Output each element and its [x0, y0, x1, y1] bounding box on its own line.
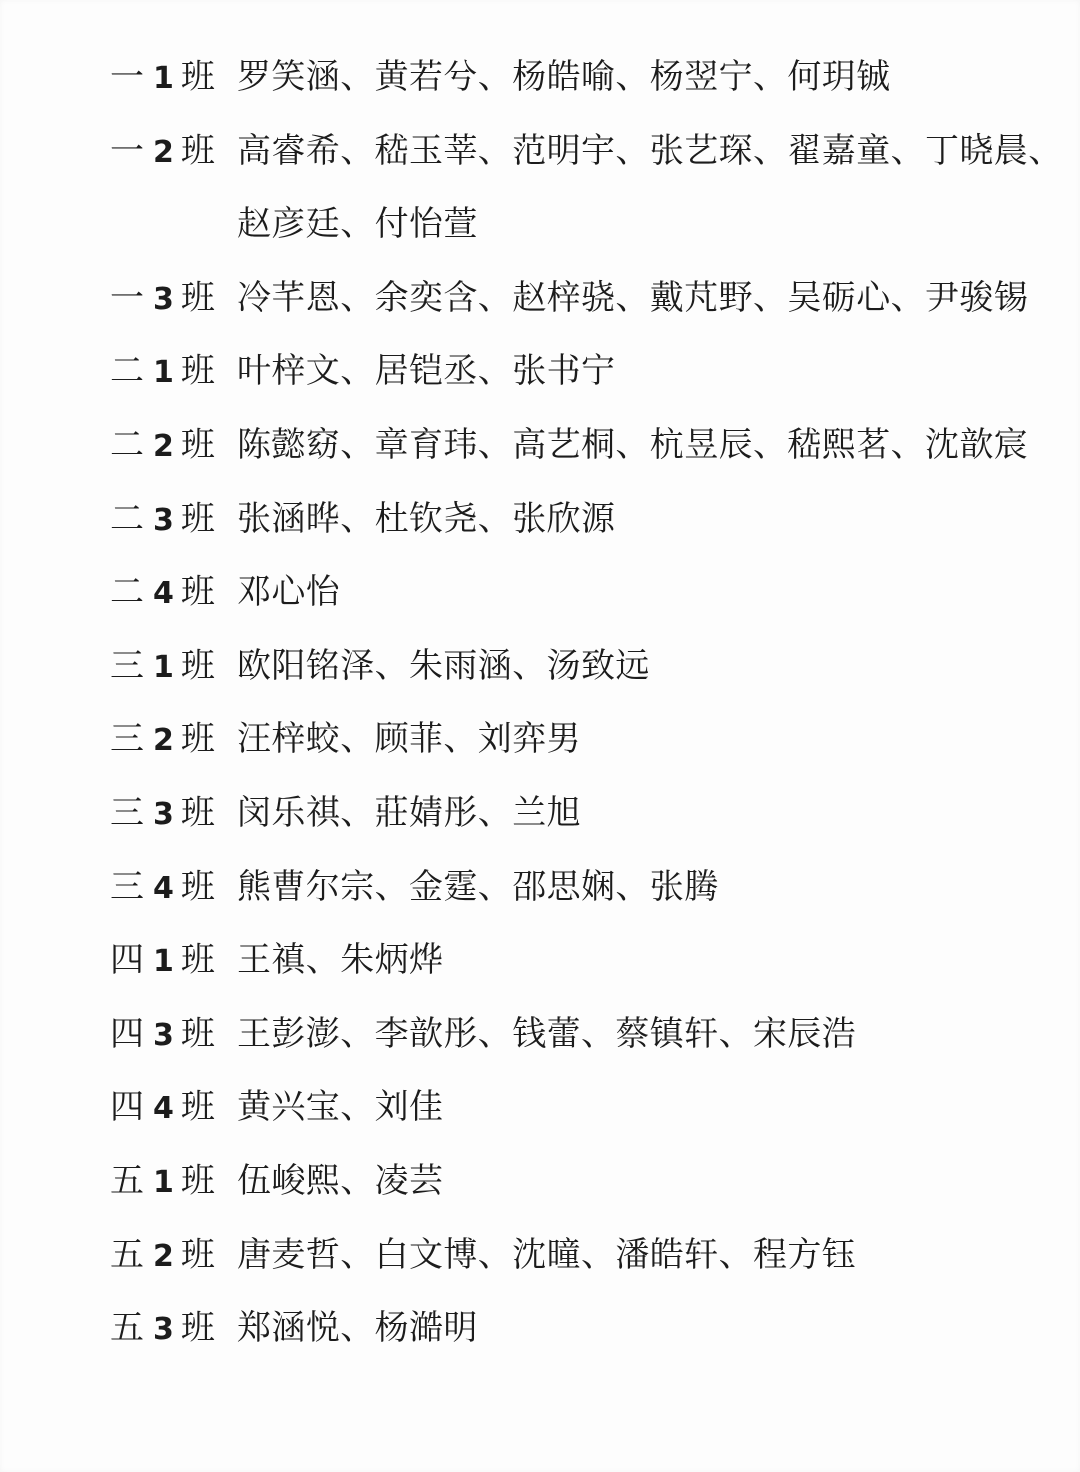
- class-suffix: 班: [181, 59, 215, 96]
- student-names-line: 欧阳铭泽、朱雨涵、汤致远: [237, 630, 1030, 704]
- student-names: 伍峻熙、凌芸: [237, 1145, 1030, 1219]
- class-suffix: 班: [181, 133, 215, 170]
- student-names: 王禛、朱炳烨: [237, 924, 1030, 998]
- roster-row: 一1班罗笑涵、黄若兮、杨皓喻、杨翌宁、何玥铖: [110, 41, 1030, 115]
- grade-numeral: 四: [110, 942, 144, 979]
- grade-numeral: 五: [110, 1237, 144, 1274]
- student-names-line: 高睿希、嵇玉莘、范明宇、张艺琛、翟嘉童、丁晓晨、: [237, 115, 1063, 189]
- student-names-line: 郑涵悦、杨澔明: [237, 1292, 1030, 1366]
- class-label: 五1班: [110, 1145, 237, 1219]
- class-label: 一1班: [110, 41, 237, 115]
- student-names: 高睿希、嵇玉莘、范明宇、张艺琛、翟嘉童、丁晓晨、赵彦廷、付怡萱: [237, 115, 1063, 262]
- class-suffix: 班: [181, 721, 215, 758]
- student-names-line: 闵乐祺、莊婧彤、兰旭: [237, 777, 1030, 851]
- grade-numeral: 三: [110, 721, 144, 758]
- class-number: 1: [144, 925, 181, 999]
- class-label: 三4班: [110, 851, 237, 925]
- student-names-line: 陈懿窈、章育玮、高艺桐、杭昱辰、嵇熙茗、沈歆宸: [237, 409, 1030, 483]
- student-names: 闵乐祺、莊婧彤、兰旭: [237, 777, 1030, 851]
- student-names-line: 王禛、朱炳烨: [237, 924, 1030, 998]
- roster-row: 二1班叶梓文、居铠丞、张书宁: [110, 335, 1030, 409]
- class-number: 2: [144, 410, 181, 484]
- student-names: 冷芊恩、余奕含、赵梓骁、戴芃野、吴砺心、尹骏锡: [237, 262, 1030, 336]
- class-suffix: 班: [181, 427, 215, 464]
- class-label: 二1班: [110, 335, 237, 409]
- grade-numeral: 一: [110, 133, 144, 170]
- roster-row: 二2班陈懿窈、章育玮、高艺桐、杭昱辰、嵇熙茗、沈歆宸: [110, 409, 1030, 483]
- student-names-line: 伍峻熙、凌芸: [237, 1145, 1030, 1219]
- student-names: 罗笑涵、黄若兮、杨皓喻、杨翌宁、何玥铖: [237, 41, 1030, 115]
- grade-numeral: 五: [110, 1310, 144, 1347]
- roster-row: 四1班王禛、朱炳烨: [110, 924, 1030, 998]
- class-label: 四3班: [110, 998, 237, 1072]
- roster-row: 一3班冷芊恩、余奕含、赵梓骁、戴芃野、吴砺心、尹骏锡: [110, 262, 1030, 336]
- grade-numeral: 四: [110, 1089, 144, 1126]
- grade-numeral: 二: [110, 501, 144, 538]
- student-names: 王彭澎、李歆彤、钱蕾、蔡镇轩、宋辰浩: [237, 998, 1030, 1072]
- class-number: 2: [144, 1220, 181, 1294]
- grade-numeral: 三: [110, 648, 144, 685]
- class-number: 1: [144, 42, 181, 116]
- class-label: 四1班: [110, 924, 237, 998]
- class-label: 五2班: [110, 1219, 237, 1293]
- student-names: 欧阳铭泽、朱雨涵、汤致远: [237, 630, 1030, 704]
- class-suffix: 班: [181, 280, 215, 317]
- class-suffix: 班: [181, 648, 215, 685]
- class-label: 二4班: [110, 556, 237, 630]
- class-suffix: 班: [181, 1237, 215, 1274]
- grade-numeral: 二: [110, 353, 144, 390]
- class-number: 3: [144, 484, 181, 558]
- roster-row: 五2班唐麦哲、白文博、沈曈、潘皓轩、程方钰: [110, 1219, 1030, 1293]
- class-suffix: 班: [181, 1310, 215, 1347]
- class-suffix: 班: [181, 353, 215, 390]
- roster-row: 一2班高睿希、嵇玉莘、范明宇、张艺琛、翟嘉童、丁晓晨、赵彦廷、付怡萱: [110, 115, 1030, 262]
- grade-numeral: 二: [110, 574, 144, 611]
- student-names-line: 黄兴宝、刘佳: [237, 1071, 1030, 1145]
- roster-row: 三2班汪梓蛟、顾菲、刘弈男: [110, 703, 1030, 777]
- roster-row: 三3班闵乐祺、莊婧彤、兰旭: [110, 777, 1030, 851]
- class-label: 二3班: [110, 483, 237, 557]
- class-number: 3: [144, 1293, 181, 1367]
- student-names-line: 邓心怡: [237, 556, 1030, 630]
- class-label: 三2班: [110, 703, 237, 777]
- class-label: 四4班: [110, 1071, 237, 1145]
- student-names-line: 罗笑涵、黄若兮、杨皓喻、杨翌宁、何玥铖: [237, 41, 1030, 115]
- class-suffix: 班: [181, 1089, 215, 1126]
- student-names-line: 汪梓蛟、顾菲、刘弈男: [237, 703, 1030, 777]
- student-names: 叶梓文、居铠丞、张书宁: [237, 335, 1030, 409]
- student-names: 陈懿窈、章育玮、高艺桐、杭昱辰、嵇熙茗、沈歆宸: [237, 409, 1030, 483]
- class-number: 1: [144, 1146, 181, 1220]
- roster-row: 三4班熊曹尔宗、金霆、邵思娴、张腾: [110, 851, 1030, 925]
- class-suffix: 班: [181, 942, 215, 979]
- class-label: 三3班: [110, 777, 237, 851]
- class-number: 4: [144, 852, 181, 926]
- grade-numeral: 四: [110, 1016, 144, 1053]
- class-suffix: 班: [181, 869, 215, 906]
- class-number: 2: [144, 704, 181, 778]
- student-names-line: 唐麦哲、白文博、沈曈、潘皓轩、程方钰: [237, 1219, 1030, 1293]
- class-label: 一3班: [110, 262, 237, 336]
- roster-row: 四3班王彭澎、李歆彤、钱蕾、蔡镇轩、宋辰浩: [110, 998, 1030, 1072]
- student-names: 黄兴宝、刘佳: [237, 1071, 1030, 1145]
- class-number: 3: [144, 778, 181, 852]
- grade-numeral: 一: [110, 59, 144, 96]
- class-suffix: 班: [181, 795, 215, 832]
- grade-numeral: 一: [110, 280, 144, 317]
- student-names-line: 叶梓文、居铠丞、张书宁: [237, 335, 1030, 409]
- class-suffix: 班: [181, 1016, 215, 1053]
- class-number: 4: [144, 557, 181, 631]
- class-label: 二2班: [110, 409, 237, 483]
- document-page: 一1班罗笑涵、黄若兮、杨皓喻、杨翌宁、何玥铖一2班高睿希、嵇玉莘、范明宇、张艺琛…: [0, 0, 1080, 1472]
- student-names: 唐麦哲、白文博、沈曈、潘皓轩、程方钰: [237, 1219, 1030, 1293]
- class-number: 3: [144, 263, 181, 337]
- student-names: 邓心怡: [237, 556, 1030, 630]
- class-number: 4: [144, 1072, 181, 1146]
- student-names-line: 张涵晔、杜钦尧、张欣源: [237, 483, 1030, 557]
- class-suffix: 班: [181, 574, 215, 611]
- student-names-line: 熊曹尔宗、金霆、邵思娴、张腾: [237, 851, 1030, 925]
- student-names-line: 赵彦廷、付怡萱: [237, 188, 1063, 262]
- class-suffix: 班: [181, 501, 215, 538]
- class-roster-list: 一1班罗笑涵、黄若兮、杨皓喻、杨翌宁、何玥铖一2班高睿希、嵇玉莘、范明宇、张艺琛…: [110, 41, 1030, 1366]
- student-names: 汪梓蛟、顾菲、刘弈男: [237, 703, 1030, 777]
- grade-numeral: 五: [110, 1163, 144, 1200]
- class-number: 3: [144, 999, 181, 1073]
- class-label: 一2班: [110, 115, 237, 189]
- grade-numeral: 三: [110, 795, 144, 832]
- roster-row: 四4班黄兴宝、刘佳: [110, 1071, 1030, 1145]
- class-number: 2: [144, 116, 181, 190]
- grade-numeral: 二: [110, 427, 144, 464]
- student-names-line: 冷芊恩、余奕含、赵梓骁、戴芃野、吴砺心、尹骏锡: [237, 262, 1030, 336]
- grade-numeral: 三: [110, 869, 144, 906]
- roster-row: 二3班张涵晔、杜钦尧、张欣源: [110, 483, 1030, 557]
- class-number: 1: [144, 336, 181, 410]
- class-number: 1: [144, 631, 181, 705]
- roster-row: 三1班欧阳铭泽、朱雨涵、汤致远: [110, 630, 1030, 704]
- roster-row: 二4班邓心怡: [110, 556, 1030, 630]
- class-label: 三1班: [110, 630, 237, 704]
- student-names: 熊曹尔宗、金霆、邵思娴、张腾: [237, 851, 1030, 925]
- roster-row: 五3班郑涵悦、杨澔明: [110, 1292, 1030, 1366]
- student-names: 张涵晔、杜钦尧、张欣源: [237, 483, 1030, 557]
- roster-row: 五1班伍峻熙、凌芸: [110, 1145, 1030, 1219]
- student-names: 郑涵悦、杨澔明: [237, 1292, 1030, 1366]
- student-names-line: 王彭澎、李歆彤、钱蕾、蔡镇轩、宋辰浩: [237, 998, 1030, 1072]
- class-label: 五3班: [110, 1292, 237, 1366]
- class-suffix: 班: [181, 1163, 215, 1200]
